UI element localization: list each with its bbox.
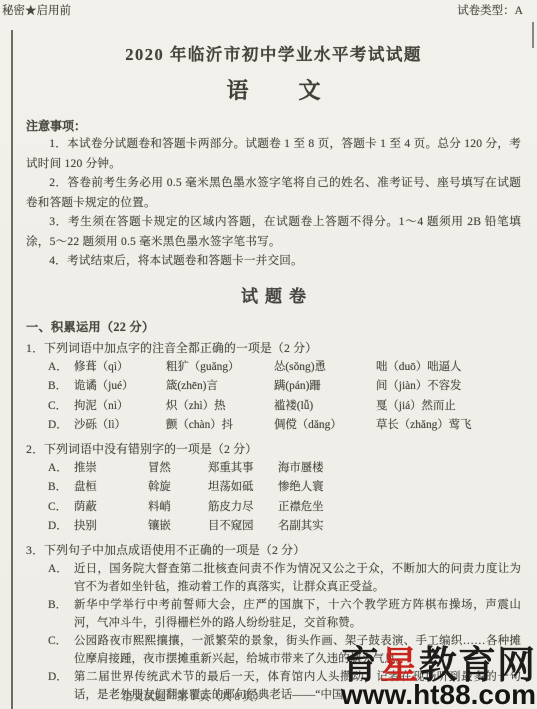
option-item: 褴褛(lǚ) <box>274 397 376 417</box>
footer-page-label: 语文试题 第 1 页（共 8 页） <box>0 688 387 704</box>
subject-title: 语 文 <box>26 74 521 105</box>
option-item: 箴(zhēn)言 <box>166 377 274 397</box>
option-item: 诡谲（jué） <box>74 377 166 397</box>
option-row-b: B． 诡谲（jué） 箴(zhēn)言 蹒(pán)跚 间（jiàn）不容发 <box>48 377 521 397</box>
exam-paper-page: 秘密★启用前 试卷类型：A 2020 年临沂市初中学业水平考试试题 语 文 注意… <box>0 0 537 709</box>
option-item: 冒然 <box>148 459 208 479</box>
option-row-c: C． 荫蔽 料峭 筋皮力尽 正襟危坐 <box>48 498 521 518</box>
option-label: D． <box>48 517 74 537</box>
option-row-a: A． 近日，国务院大督查第二批核查问责不作为情况又公之于众，不断加大的问责力度让… <box>48 560 521 596</box>
option-item: 坦荡如砥 <box>208 478 278 498</box>
option-item: 目不窥园 <box>208 517 278 537</box>
option-label: A． <box>48 358 74 378</box>
binding-margin-line <box>11 30 13 709</box>
option-item: 推崇 <box>74 459 148 479</box>
option-text: 近日，国务院大督查第二批核查问责不作为情况又公之于众，不断加大的问责力度让为官不… <box>74 560 521 596</box>
option-label: B． <box>48 478 74 498</box>
option-item: 正襟危坐 <box>278 498 521 518</box>
notice-item: 3．考生须在答题卡规定的区域内答题，在试题卷上答题不得分。1～4 题须用 2B … <box>26 212 521 251</box>
option-item: 名副其实 <box>278 517 521 537</box>
option-label: A． <box>48 560 74 596</box>
scan-edge-artifact <box>532 22 534 48</box>
option-item: 怂(sǒng)恿 <box>274 358 376 378</box>
page-header: 秘密★启用前 试卷类型：A <box>0 0 537 18</box>
option-label: C． <box>48 498 74 518</box>
notice-item: 2．答卷前考生务必用 0.5 毫米黑色墨水签字笔将自己的姓名、准考证号、座号填写… <box>26 173 521 212</box>
section-title: 试题卷 <box>26 282 521 307</box>
option-item: 草长（zhǎng）莺飞 <box>376 416 521 436</box>
option-label: B． <box>48 596 74 632</box>
question-2-options: A． 推崇 冒然 郑重其事 海市蜃楼 B． 盘桓 斡旋 坦荡如砥 惨绝人寰 C．… <box>48 459 521 537</box>
option-item: 炽（zhì）热 <box>166 397 274 417</box>
option-label: C． <box>48 397 74 417</box>
watermark: 育星教育网 www.ht88.com <box>341 647 536 709</box>
option-item: 盘桓 <box>74 478 148 498</box>
option-item: 筋皮力尽 <box>208 498 278 518</box>
option-row-a: A． 推崇 冒然 郑重其事 海市蜃楼 <box>48 459 521 479</box>
option-row-a: A． 修葺（qì） 粗犷（guǎng） 怂(sǒng)恿 咄（duō）咄逼人 <box>48 358 521 378</box>
option-row-b: B． 新华中学举行中考前誓师大会，庄严的国旗下，十六个教学班方阵棋布操场，声震山… <box>48 596 521 632</box>
option-row-c: C． 拘泥（nì） 炽（zhì）热 褴褛(lǚ) 戛（jiá）然而止 <box>48 397 521 417</box>
option-item: 拘泥（nì） <box>74 397 166 417</box>
option-row-d: D． 沙砾（lì） 颤（chàn）抖 倜傥（dǎng） 草长（zhǎng）莺飞 <box>48 416 521 436</box>
option-item: 料峭 <box>148 498 208 518</box>
security-marking: 秘密★启用前 <box>2 2 71 18</box>
option-text: 新华中学举行中考前誓师大会，庄严的国旗下，十六个教学班方阵棋布操场，声震山河，气… <box>74 596 521 632</box>
question-1-stem: 1．下列词语中加点字的注音全都正确的一项是（2 分） <box>26 339 521 358</box>
notice-item: 4．考试结束后，将本试题卷和答题卡一并交回。 <box>26 251 521 271</box>
option-item: 间（jiàn）不容发 <box>376 377 521 397</box>
notice-item: 1．本试卷分试题卷和答题卡两部分。试题卷 1 至 8 页，答题卡 1 至 4 页… <box>26 134 521 173</box>
option-item: 修葺（qì） <box>74 358 166 378</box>
option-item: 咄（duō）咄逼人 <box>376 358 521 378</box>
option-label: C． <box>48 632 74 668</box>
watermark-url: www.ht88.com <box>341 681 536 709</box>
exam-title: 2020 年临沂市初中学业水平考试试题 <box>26 41 521 65</box>
option-item: 抉别 <box>74 517 148 537</box>
option-label: D． <box>48 416 74 436</box>
question-2-stem: 2．下列词语中没有错别字的一项是（2 分） <box>26 440 521 459</box>
option-item: 镶嵌 <box>148 517 208 537</box>
notice-heading: 注意事项： <box>26 117 521 134</box>
option-label: B． <box>48 377 74 397</box>
option-item: 惨绝人寰 <box>278 478 521 498</box>
option-item: 海市蜃楼 <box>278 459 521 479</box>
option-item: 蹒(pán)跚 <box>274 377 376 397</box>
option-item: 沙砾（lì） <box>74 416 166 436</box>
option-item: 倜傥（dǎng） <box>274 416 376 436</box>
option-item: 粗犷（guǎng） <box>166 358 274 378</box>
question-3-stem: 3．下列句子中加点成语使用不正确的一项是（2 分） <box>26 541 521 560</box>
question-1-options: A． 修葺（qì） 粗犷（guǎng） 怂(sǒng)恿 咄（duō）咄逼人 B… <box>48 358 521 436</box>
option-item: 郑重其事 <box>208 459 278 479</box>
option-row-b: B． 盘桓 斡旋 坦荡如砥 惨绝人寰 <box>48 478 521 498</box>
option-item: 戛（jiá）然而止 <box>376 397 521 417</box>
option-label: A． <box>48 459 74 479</box>
option-item: 荫蔽 <box>74 498 148 518</box>
option-item: 斡旋 <box>148 478 208 498</box>
option-item: 颤（chàn）抖 <box>166 416 274 436</box>
option-row-d: D． 抉别 镶嵌 目不窥园 名副其实 <box>48 517 521 537</box>
notice-section: 注意事项： 1．本试卷分试题卷和答题卡两部分。试题卷 1 至 8 页，答题卡 1… <box>26 117 521 271</box>
part1-heading: 一、积累运用（22 分） <box>26 318 521 335</box>
paper-type-label: 试卷类型：A <box>457 2 523 18</box>
